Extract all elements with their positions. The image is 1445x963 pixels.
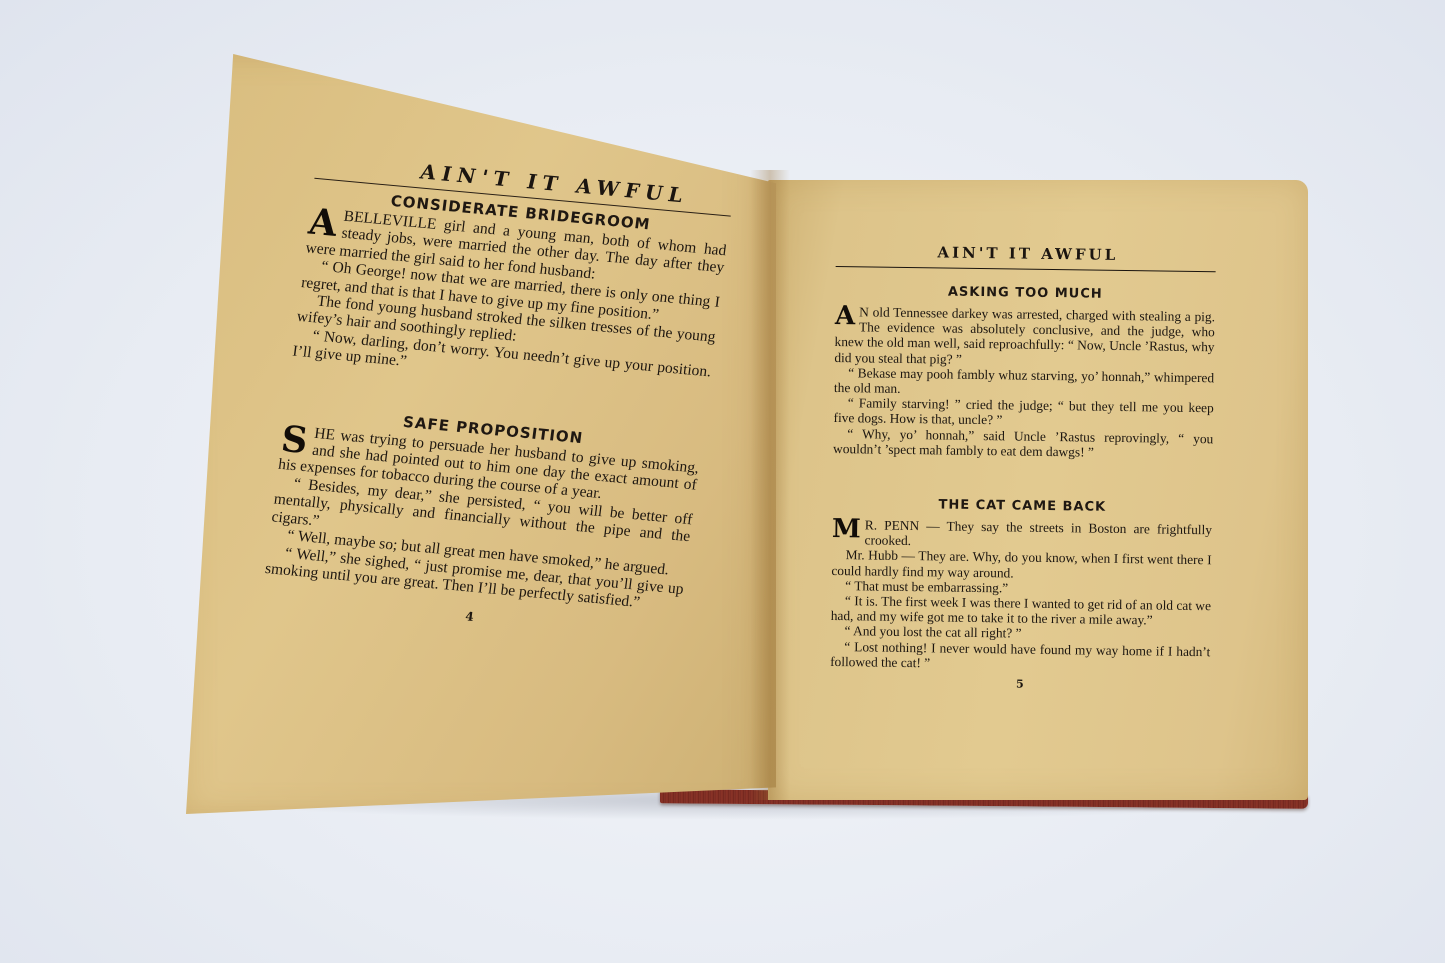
left-page-content: AIN'T IT AWFUL CONSIDERATE BRIDEGROOM AB… (261, 150, 735, 643)
story: CONSIDERATE BRIDEGROOM ABELLEVILLE girl … (291, 185, 729, 398)
story-paragraph: “ Lost nothing! I never would have found… (830, 639, 1210, 675)
story-paragraph: “ Why, yo’ honnah,” said Uncle ’Rastus r… (833, 426, 1213, 462)
story-title: ASKING TOO MUCH (835, 283, 1215, 303)
dropcap: M (832, 518, 861, 540)
dropcap: S (280, 424, 310, 456)
dropcap: A (835, 305, 855, 327)
dropcap: A (307, 207, 339, 239)
story-paragraph: “ Family starving! ” cried the judge; “ … (833, 395, 1213, 431)
header-rule (836, 266, 1216, 272)
story: THE CAT CAME BACK MR. PENN — They say th… (830, 496, 1212, 674)
right-page-content: AIN'T IT AWFUL ASKING TOO MUCH AN old Te… (830, 242, 1216, 693)
story: SAFE PROPOSITION SHE was trying to persu… (264, 402, 702, 615)
story: ASKING TOO MUCH AN old Tennessee darkey … (833, 283, 1215, 461)
story-paragraph: AN old Tennessee darkey was arrested, ch… (834, 304, 1215, 370)
